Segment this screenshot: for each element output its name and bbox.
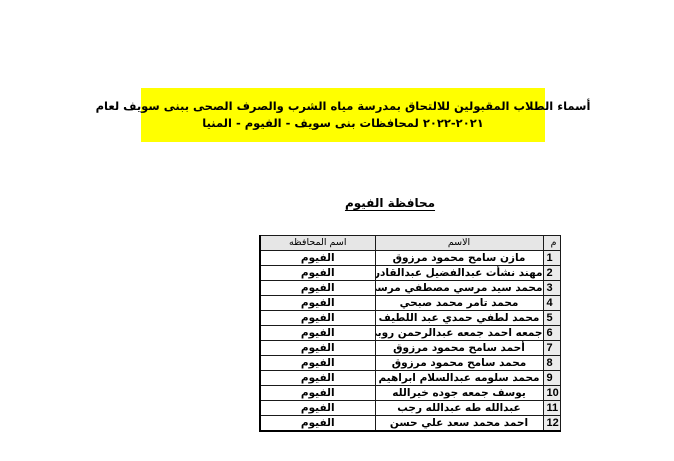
table-row: 1مازن سامح محمود مرزوقالفيوم [260, 251, 560, 266]
document-title-banner: أسماء الطلاب المقبولين للالتحاق بمدرسة م… [141, 88, 545, 142]
student-name: محمد لطفي حمدي عبد اللطيف [375, 311, 543, 326]
student-name: محمد سلومه عبدالسلام ابراهيم [375, 371, 543, 386]
row-number: 2 [543, 266, 560, 281]
student-name: محمد تامر محمد صبحي [375, 296, 543, 311]
row-number: 9 [543, 371, 560, 386]
student-name: مازن سامح محمود مرزوق [375, 251, 543, 266]
row-number: 8 [543, 356, 560, 371]
row-number: 10 [543, 386, 560, 401]
table-row: 3محمد سيد مرسي مصطفي مرسيالفيوم [260, 281, 560, 296]
row-number: 6 [543, 326, 560, 341]
column-header-number: م [543, 236, 560, 251]
student-name: يوسف جمعه جوده خيرالله [375, 386, 543, 401]
student-name: محمد سامح محمود مرزوق [375, 356, 543, 371]
table-row: 12احمد محمد سعد علي حسنالفيوم [260, 416, 560, 432]
governorate-name: الفيوم [260, 296, 375, 311]
column-header-governorate: اسم المحافظه [260, 236, 375, 251]
table-row: 10يوسف جمعه جوده خيراللهالفيوم [260, 386, 560, 401]
student-name: محمد سيد مرسي مصطفي مرسي [375, 281, 543, 296]
table-row: 6جمعه احمد جمعه عبدالرحمن روبيالفيوم [260, 326, 560, 341]
governorate-name: الفيوم [260, 311, 375, 326]
accepted-students-table: م الاسم اسم المحافظه 1مازن سامح محمود مر… [259, 235, 561, 432]
title-line-2: ٢٠٢١-٢٠٢٢ لمحافظات بنى سويف - الفيوم - ا… [202, 115, 483, 132]
governorate-name: الفيوم [260, 341, 375, 356]
governorate-name: الفيوم [260, 326, 375, 341]
row-number: 12 [543, 416, 560, 432]
governorate-name: الفيوم [260, 281, 375, 296]
table-row: 9محمد سلومه عبدالسلام ابراهيمالفيوم [260, 371, 560, 386]
title-line-1: أسماء الطلاب المقبولين للالتحاق بمدرسة م… [96, 98, 591, 115]
student-name: احمد محمد سعد علي حسن [375, 416, 543, 432]
table-row: 11عبدالله طه عبدالله رجبالفيوم [260, 401, 560, 416]
governorate-name: الفيوم [260, 371, 375, 386]
table-row: 4محمد تامر محمد صبحيالفيوم [260, 296, 560, 311]
student-name: عبدالله طه عبدالله رجب [375, 401, 543, 416]
table-row: 2مهند نشأت عبدالفضيل عبدالقادرالفيوم [260, 266, 560, 281]
row-number: 3 [543, 281, 560, 296]
table-row: 5محمد لطفي حمدي عبد اللطيفالفيوم [260, 311, 560, 326]
table-row: 8محمد سامح محمود مرزوقالفيوم [260, 356, 560, 371]
student-name: جمعه احمد جمعه عبدالرحمن روبي [375, 326, 543, 341]
column-header-name: الاسم [375, 236, 543, 251]
table-header-row: م الاسم اسم المحافظه [260, 236, 560, 251]
governorate-name: الفيوم [260, 266, 375, 281]
row-number: 11 [543, 401, 560, 416]
student-name: مهند نشأت عبدالفضيل عبدالقادر [375, 266, 543, 281]
student-name: أحمد سامح محمود مرزوق [375, 341, 543, 356]
table-row: 7أحمد سامح محمود مرزوقالفيوم [260, 341, 560, 356]
row-number: 7 [543, 341, 560, 356]
governorate-section-heading: محافظة الفيوم [330, 196, 450, 210]
governorate-name: الفيوم [260, 251, 375, 266]
row-number: 4 [543, 296, 560, 311]
governorate-name: الفيوم [260, 386, 375, 401]
governorate-name: الفيوم [260, 356, 375, 371]
governorate-name: الفيوم [260, 416, 375, 432]
row-number: 1 [543, 251, 560, 266]
governorate-name: الفيوم [260, 401, 375, 416]
row-number: 5 [543, 311, 560, 326]
